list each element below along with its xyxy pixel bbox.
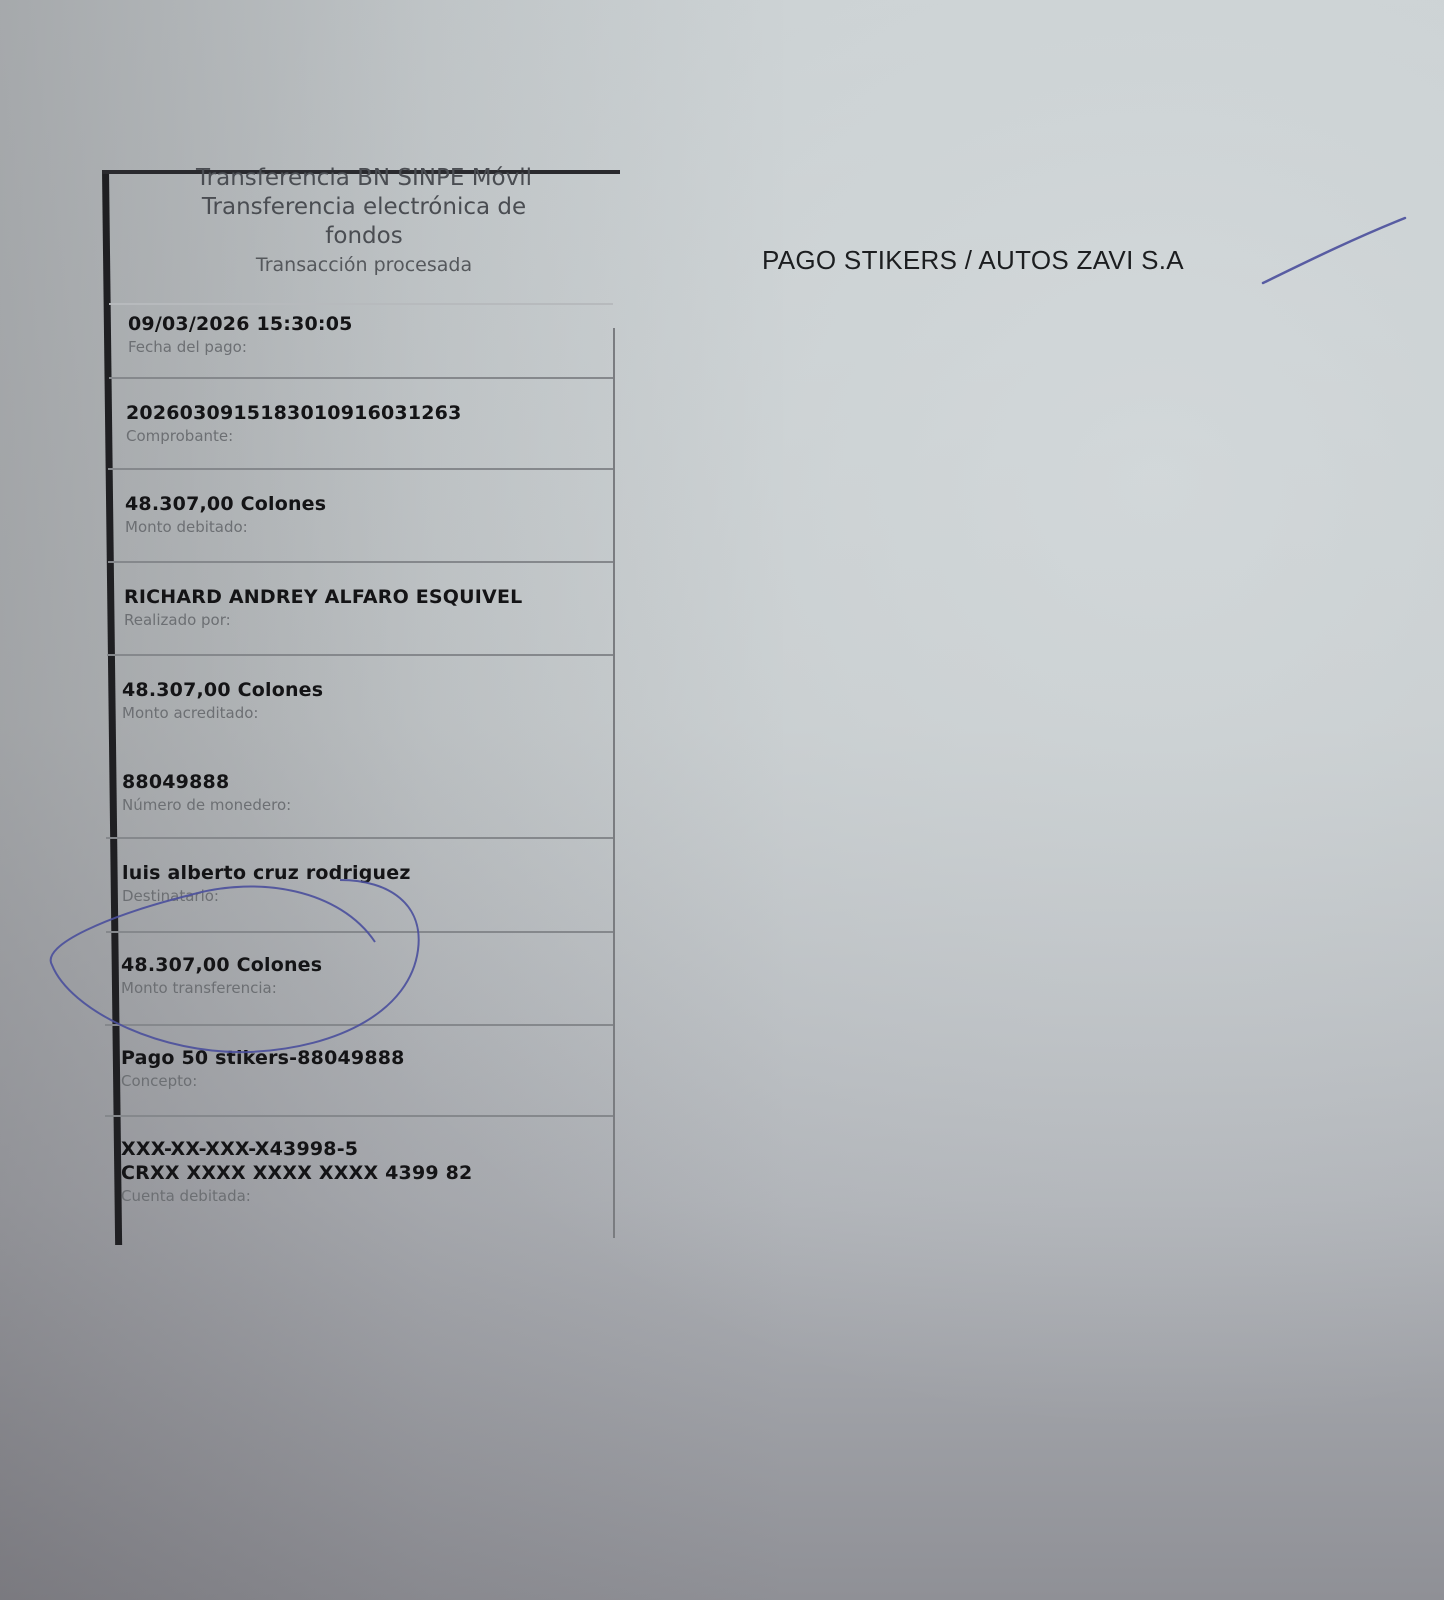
field-label: Cuenta debitada: — [121, 1187, 472, 1205]
field-label: Destinatario: — [122, 887, 411, 905]
divider — [105, 1115, 613, 1117]
field-label: Monto debitado: — [125, 518, 326, 536]
field-value: Pago 50 stikers-88049888 — [121, 1047, 405, 1069]
divider — [106, 837, 613, 839]
sinpe-receipt: Transferencia BN SINPE Móvil Transferenc… — [92, 170, 620, 1245]
field-destinatario: luis alberto cruz rodriguez Destinatario… — [122, 862, 411, 905]
receipt-status: Transacción procesada — [114, 251, 614, 280]
divider — [109, 303, 613, 305]
field-label: Número de monedero: — [122, 796, 291, 814]
receipt-subtitle-line2: fondos — [114, 222, 614, 251]
field-label: Monto acreditado: — [122, 704, 323, 722]
field-numero-monedero: 88049888 Número de monedero: — [122, 771, 291, 814]
receipt-header: Transferencia BN SINPE Móvil Transferenc… — [114, 170, 614, 280]
receipt-title: Transferencia BN SINPE Móvil — [114, 164, 614, 193]
divider — [107, 654, 613, 656]
field-label: Monto transferencia: — [121, 979, 322, 997]
field-value: XXX-XX-XXX-X43998-5 — [121, 1138, 472, 1160]
checkmark-stroke-icon — [1263, 218, 1405, 283]
field-value: 48.307,00 Colones — [125, 493, 326, 515]
field-cuenta-debitada: XXX-XX-XXX-X43998-5 CRXX XXXX XXXX XXXX … — [121, 1138, 472, 1205]
handwritten-note: PAGO STIKERS / AUTOS ZAVI S.A — [762, 245, 1184, 276]
receipt-left-border — [102, 170, 122, 1245]
field-label: Comprobante: — [126, 427, 462, 445]
field-value: 48.307,00 Colones — [121, 954, 322, 976]
divider — [108, 468, 613, 470]
field-monto-debitado: 48.307,00 Colones Monto debitado: — [125, 493, 326, 536]
field-value: 48.307,00 Colones — [122, 679, 323, 701]
field-label: Fecha del pago: — [128, 338, 353, 356]
divider — [109, 377, 613, 379]
field-label: Concepto: — [121, 1072, 405, 1090]
field-comprobante: 20260309151830109160312​63 Comprobante: — [126, 402, 462, 445]
receipt-subtitle-line1: Transferencia electrónica de — [114, 193, 614, 222]
field-fecha-pago: 09/03/2026 15:30:05 Fecha del pago: — [128, 313, 353, 356]
field-concepto: Pago 50 stikers-88049888 Concepto: — [121, 1047, 405, 1090]
field-monto-transferencia: 48.307,00 Colones Monto transferencia: — [121, 954, 322, 997]
field-value: 20260309151830109160312​63 — [126, 402, 462, 424]
field-label: Realizado por: — [124, 611, 522, 629]
field-value: luis alberto cruz rodriguez — [122, 862, 411, 884]
field-value-iban: CRXX XXXX XXXX XXXX 4399 82 — [121, 1162, 472, 1184]
field-value: 09/03/2026 15:30:05 — [128, 313, 353, 335]
field-value: 88049888 — [122, 771, 291, 793]
field-realizado-por: RICHARD ANDREY ALFARO ESQUIVEL Realizado… — [124, 586, 522, 629]
field-value: RICHARD ANDREY ALFARO ESQUIVEL — [124, 586, 522, 608]
divider — [105, 1024, 613, 1026]
divider — [106, 931, 613, 933]
divider — [108, 561, 613, 563]
receipt-right-border — [613, 328, 615, 1238]
field-monto-acreditado: 48.307,00 Colones Monto acreditado: — [122, 679, 323, 722]
